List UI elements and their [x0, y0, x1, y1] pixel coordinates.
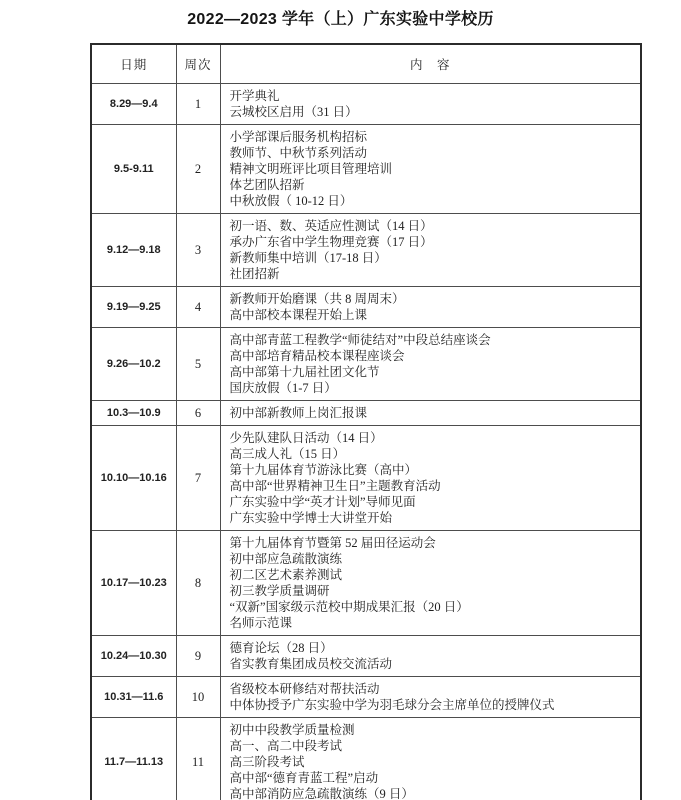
content-line: 初中部应急疏散演练	[230, 551, 633, 567]
row-week-number: 11	[176, 718, 220, 800]
content-line: 中体协授予广东实验中学为羽毛球分会主席单位的授牌仪式	[230, 697, 633, 713]
table-row: 11.7—11.1311初中中段教学质量检测高一、高二中段考试高三阶段考试高中部…	[91, 718, 641, 800]
row-content-cell: 高中部青蓝工程教学“师徒结对”中段总结座谈会高中部培育精品校本课程座谈会高中部第…	[220, 328, 641, 401]
column-header-content: 内 容	[220, 44, 641, 84]
content-line: 承办广东省中学生物理竞赛（17 日）	[230, 234, 633, 250]
row-content-cell: 第十九届体育节暨第 52 届田径运动会初中部应急疏散演练初二区艺术素养测试初三教…	[220, 531, 641, 636]
table-row: 9.19—9.254新教师开始磨课（共 8 周周末）高中部校本课程开始上课	[91, 287, 641, 328]
row-content-cell: 初中部新教师上岗汇报课	[220, 401, 641, 426]
row-content-cell: 开学典礼云城校区启用（31 日）	[220, 84, 641, 125]
content-line: 德育论坛（28 日）	[230, 640, 633, 656]
row-content-cell: 少先队建队日活动（14 日）高三成人礼（15 日）第十九届体育节游泳比赛（高中）…	[220, 426, 641, 531]
content-line: 国庆放假（1-7 日）	[230, 380, 633, 396]
content-line: 初二区艺术素养测试	[230, 567, 633, 583]
content-line: 高中部“世界精神卫生日”主题教育活动	[230, 478, 633, 494]
document-page: 2022—2023 学年（上）广东实验中学校历 日期 周次 内 容 8.29—9…	[0, 0, 681, 800]
content-line: 小学部课后服务机构招标	[230, 129, 633, 145]
row-date-range: 9.26—10.2	[91, 328, 176, 401]
row-week-number: 5	[176, 328, 220, 401]
content-line: 开学典礼	[230, 88, 633, 104]
content-line: 教师节、中秋节系列活动	[230, 145, 633, 161]
content-line: “双新”国家级示范校中期成果汇报（20 日）	[230, 599, 633, 615]
content-line: 初三教学质量调研	[230, 583, 633, 599]
header-row: 日期 周次 内 容	[91, 44, 641, 84]
row-week-number: 6	[176, 401, 220, 426]
row-content-cell: 德育论坛（28 日）省实教育集团成员校交流活动	[220, 636, 641, 677]
table-row: 9.26—10.25高中部青蓝工程教学“师徒结对”中段总结座谈会高中部培育精品校…	[91, 328, 641, 401]
row-content-cell: 初一语、数、英适应性测试（14 日）承办广东省中学生物理竞赛（17 日）新教师集…	[220, 214, 641, 287]
row-date-range: 10.17—10.23	[91, 531, 176, 636]
content-line: 名师示范课	[230, 615, 633, 631]
content-line: 初中中段教学质量检测	[230, 722, 633, 738]
row-date-range: 10.10—10.16	[91, 426, 176, 531]
row-date-range: 9.5-9.11	[91, 125, 176, 214]
table-row: 10.10—10.167少先队建队日活动（14 日）高三成人礼（15 日）第十九…	[91, 426, 641, 531]
content-line: 第十九届体育节游泳比赛（高中）	[230, 462, 633, 478]
row-week-number: 7	[176, 426, 220, 531]
content-line: 高一、高二中段考试	[230, 738, 633, 754]
content-line: 少先队建队日活动（14 日）	[230, 430, 633, 446]
content-line: 广东实验中学“英才计划”导师见面	[230, 494, 633, 510]
content-line: 云城校区启用（31 日）	[230, 104, 633, 120]
school-calendar-table: 日期 周次 内 容 8.29—9.41开学典礼云城校区启用（31 日）9.5-9…	[90, 43, 642, 800]
row-week-number: 10	[176, 677, 220, 718]
page-title: 2022—2023 学年（上）广东实验中学校历	[0, 0, 681, 29]
row-date-range: 11.7—11.13	[91, 718, 176, 800]
row-content-cell: 省级校本研修结对帮扶活动中体协授予广东实验中学为羽毛球分会主席单位的授牌仪式	[220, 677, 641, 718]
row-date-range: 10.31—11.6	[91, 677, 176, 718]
content-line: 高中部校本课程开始上课	[230, 307, 633, 323]
row-week-number: 4	[176, 287, 220, 328]
table-row: 10.24—10.309德育论坛（28 日）省实教育集团成员校交流活动	[91, 636, 641, 677]
content-line: 第十九届体育节暨第 52 届田径运动会	[230, 535, 633, 551]
content-line: 省级校本研修结对帮扶活动	[230, 681, 633, 697]
row-week-number: 1	[176, 84, 220, 125]
row-date-range: 8.29—9.4	[91, 84, 176, 125]
column-header-date: 日期	[91, 44, 176, 84]
row-date-range: 10.24—10.30	[91, 636, 176, 677]
content-line: 体艺团队招新	[230, 177, 633, 193]
content-line: 初一语、数、英适应性测试（14 日）	[230, 218, 633, 234]
row-content-cell: 新教师开始磨课（共 8 周周末）高中部校本课程开始上课	[220, 287, 641, 328]
content-line: 高中部青蓝工程教学“师徒结对”中段总结座谈会	[230, 332, 633, 348]
content-line: 高中部第十九届社团文化节	[230, 364, 633, 380]
row-week-number: 8	[176, 531, 220, 636]
column-header-week: 周次	[176, 44, 220, 84]
row-date-range: 10.3—10.9	[91, 401, 176, 426]
content-line: 中秋放假（ 10-12 日）	[230, 193, 633, 209]
content-line: 广东实验中学博士大讲堂开始	[230, 510, 633, 526]
calendar-table-body: 8.29—9.41开学典礼云城校区启用（31 日）9.5-9.112小学部课后服…	[91, 84, 641, 800]
content-line: 初中部新教师上岗汇报课	[230, 405, 633, 421]
content-line: 高三阶段考试	[230, 754, 633, 770]
table-row: 10.17—10.238第十九届体育节暨第 52 届田径运动会初中部应急疏散演练…	[91, 531, 641, 636]
row-content-cell: 初中中段教学质量检测高一、高二中段考试高三阶段考试高中部“德育青蓝工程”启动高中…	[220, 718, 641, 800]
row-date-range: 9.19—9.25	[91, 287, 176, 328]
table-row: 9.12—9.183初一语、数、英适应性测试（14 日）承办广东省中学生物理竞赛…	[91, 214, 641, 287]
content-line: 高三成人礼（15 日）	[230, 446, 633, 462]
content-line: 社团招新	[230, 266, 633, 282]
content-line: 高中部培育精品校本课程座谈会	[230, 348, 633, 364]
content-line: 新教师集中培训（17-18 日）	[230, 250, 633, 266]
row-week-number: 2	[176, 125, 220, 214]
row-week-number: 3	[176, 214, 220, 287]
content-line: 高中部“德育青蓝工程”启动	[230, 770, 633, 786]
row-week-number: 9	[176, 636, 220, 677]
table-row: 8.29—9.41开学典礼云城校区启用（31 日）	[91, 84, 641, 125]
table-row: 10.3—10.96初中部新教师上岗汇报课	[91, 401, 641, 426]
row-date-range: 9.12—9.18	[91, 214, 176, 287]
table-row: 9.5-9.112小学部课后服务机构招标教师节、中秋节系列活动精神文明班评比项目…	[91, 125, 641, 214]
table-row: 10.31—11.610省级校本研修结对帮扶活动中体协授予广东实验中学为羽毛球分…	[91, 677, 641, 718]
content-line: 高中部消防应急疏散演练（9 日）	[230, 786, 633, 800]
content-line: 精神文明班评比项目管理培训	[230, 161, 633, 177]
content-line: 省实教育集团成员校交流活动	[230, 656, 633, 672]
content-line: 新教师开始磨课（共 8 周周末）	[230, 291, 633, 307]
row-content-cell: 小学部课后服务机构招标教师节、中秋节系列活动精神文明班评比项目管理培训体艺团队招…	[220, 125, 641, 214]
